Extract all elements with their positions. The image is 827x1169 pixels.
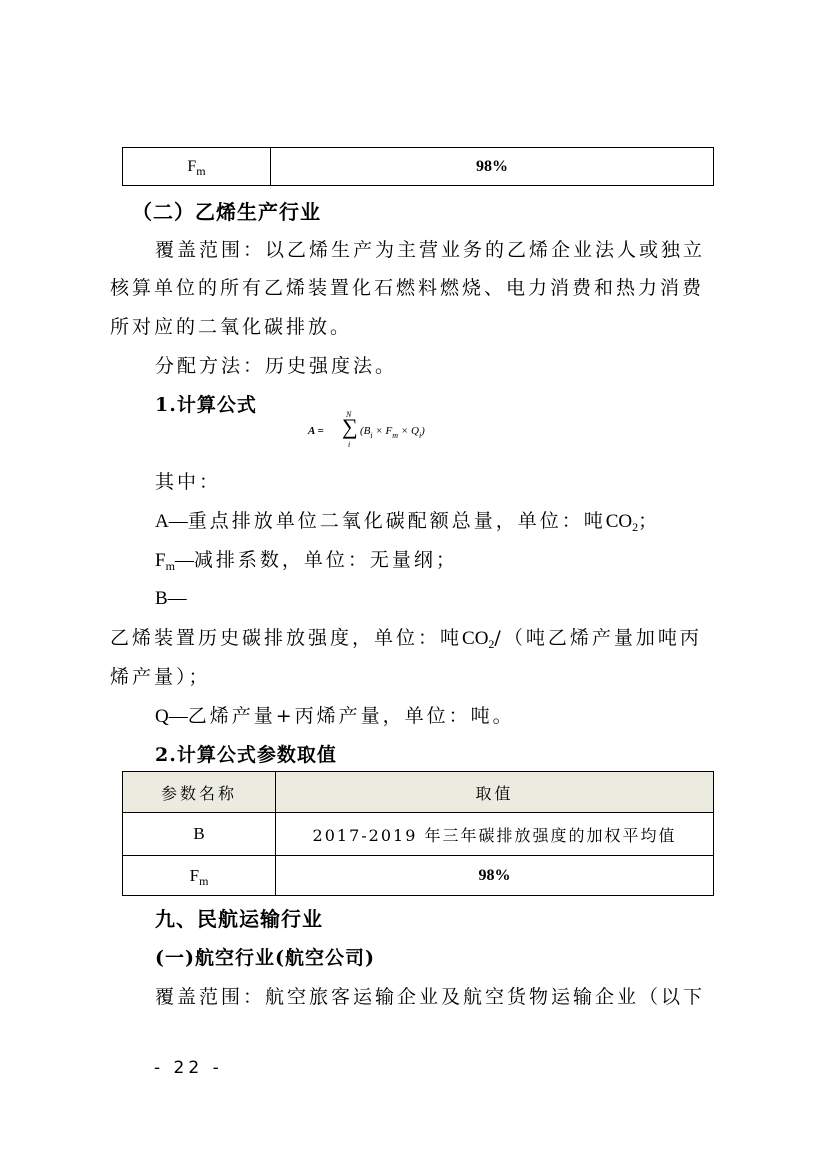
definition-fm: Fm—减排系数，单位：无量纲； — [155, 548, 458, 573]
def-b-text: 乙烯装置历史碳排放强度，单位：吨 — [110, 627, 462, 649]
def-q-text: 乙烯产量+丙烯产量，单位：吨。 — [188, 705, 515, 727]
section-heading-aviation: 九、民航运输行业 — [155, 907, 323, 931]
formula-b: (B — [360, 425, 370, 437]
param-subscript: m — [199, 874, 208, 888]
param-cell: B — [123, 813, 276, 856]
definition-b-symbol: B— — [155, 587, 187, 611]
param-name: F — [190, 866, 199, 885]
aviation-coverage-line1: 覆盖范围：航空旅客运输企业及航空货物运输企业（以下 — [155, 985, 705, 1009]
definition-q: Q—乙烯产量+丙烯产量，单位：吨。 — [155, 704, 515, 729]
def-q-symbol: Q— — [155, 706, 188, 727]
header-param-name: 参数名称 — [123, 772, 276, 813]
def-a-text: 重点排放单位二氧化碳配额总量，单位：吨 — [188, 510, 606, 532]
def-f-sub: m — [166, 559, 175, 573]
param-value: 98% — [476, 158, 508, 175]
definition-b-line1: 乙烯装置历史碳排放强度，单位：吨CO2/（吨乙烯产量加吨丙 — [110, 626, 702, 651]
subsection-heading-airlines: (一)航空行业(航空公司) — [155, 946, 375, 970]
param-name: F — [187, 158, 196, 175]
where-label: 其中： — [155, 470, 221, 494]
value-cell: 2017-2019 年三年碳排放强度的加权平均值 — [276, 813, 714, 856]
formula-f: × F — [373, 425, 393, 437]
def-a-end: ； — [638, 510, 660, 532]
params-table: 参数名称 取值 B 2017-2019 年三年碳排放强度的加权平均值 Fm 98… — [122, 771, 714, 896]
param-cell: Fm — [123, 148, 271, 186]
value-cell: 98% — [276, 856, 714, 896]
header-value: 取值 — [276, 772, 714, 813]
formula: A = N ∑ i (Bi × Fm × Qi) — [308, 410, 468, 450]
coverage-text-line2: 核算单位的所有乙烯装置化石燃料燃烧、电力消费和热力消费 — [110, 276, 704, 300]
sum-lower-limit: i — [348, 440, 350, 449]
def-b-rest: /（吨乙烯产量加吨丙 — [494, 627, 701, 649]
top-params-table: Fm 98% — [122, 147, 714, 186]
sigma-symbol: ∑ — [342, 414, 358, 440]
allocation-method: 分配方法：历史强度法。 — [155, 354, 397, 378]
definition-a: A—重点排放单位二氧化碳配额总量，单位：吨CO2； — [155, 509, 660, 534]
coverage-text-line3: 所对应的二氧化碳排放。 — [110, 315, 352, 339]
coverage-text-line1: 覆盖范围：以乙烯生产为主营业务的乙烯企业法人或独立 — [155, 238, 705, 262]
section-heading-ethylene: （二）乙烯生产行业 — [132, 200, 321, 224]
def-a-symbol: A— — [155, 511, 188, 532]
params-heading: 2.计算公式参数取值 — [155, 743, 337, 767]
param-cell: Fm — [123, 856, 276, 896]
param-name: B — [193, 824, 204, 843]
def-f-symbol: F — [155, 550, 166, 571]
page-number: - 22 - — [154, 1058, 223, 1078]
value-cell: 98% — [271, 148, 714, 186]
def-f-text: 减排系数，单位：无量纲； — [194, 549, 458, 571]
def-b-unit: CO — [462, 628, 488, 649]
param-value: 98% — [479, 867, 511, 884]
table-row: B 2017-2019 年三年碳排放强度的加权平均值 — [123, 813, 714, 856]
definition-b-line2: 烯产量）； — [110, 665, 211, 689]
formula-body: (Bi × Fm × Qi) — [360, 425, 425, 437]
table-header-row: 参数名称 取值 — [123, 772, 714, 813]
table-row: Fm 98% — [123, 856, 714, 896]
table-row: Fm 98% — [123, 148, 714, 186]
formula-heading: 1.计算公式 — [155, 393, 257, 417]
def-a-unit: CO — [606, 511, 632, 532]
param-subscript: m — [196, 164, 205, 178]
formula-close: ) — [421, 425, 425, 437]
formula-lhs: A = — [308, 425, 324, 437]
def-f-dash: — — [175, 550, 194, 571]
formula-q: × Q — [398, 425, 419, 437]
